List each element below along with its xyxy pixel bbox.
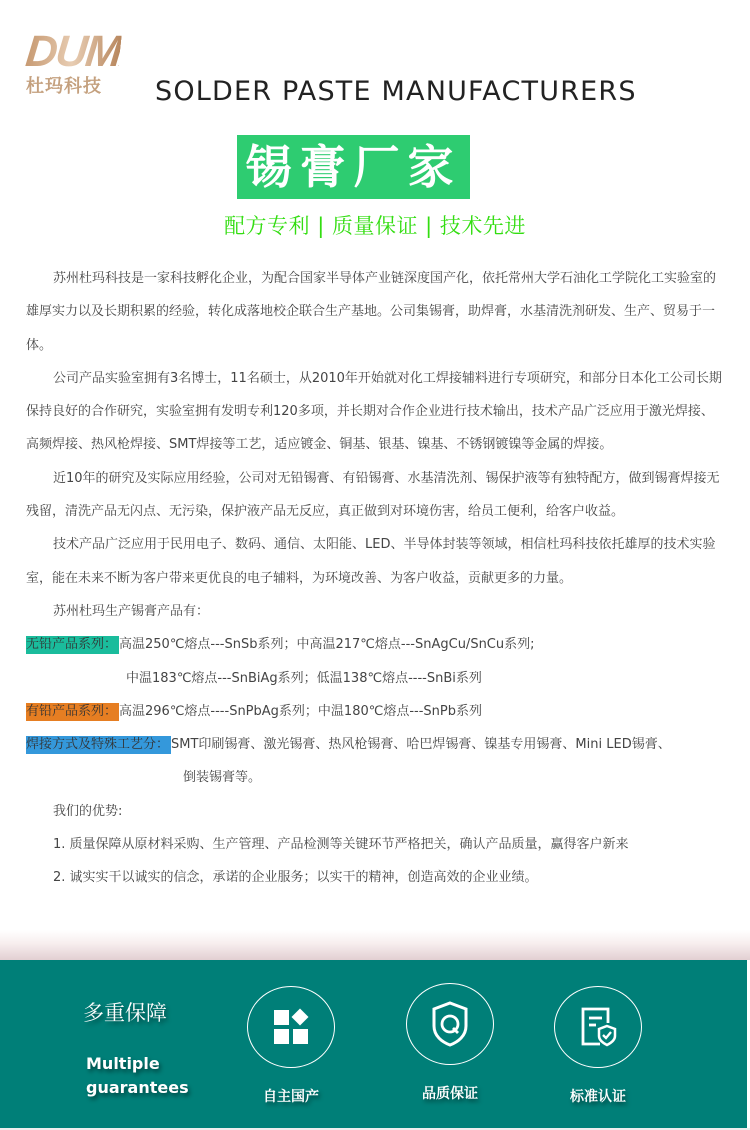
lead-free-series: 无铅产品系列：高温250℃熔点---SnSb系列；中高温217℃熔点---SnA… bbox=[26, 628, 726, 661]
logo-wordmark: DUMA bbox=[24, 30, 123, 74]
lead-free-line-2: 中温183℃熔点---SnBiAg系列；低温138℃熔点----SnBi系列 bbox=[26, 662, 726, 695]
intro-paragraph: 技术产品广泛应用于民用电子、数码、通信、太阳能、LED、半导体封装等领域，相信杜… bbox=[26, 528, 726, 595]
feature-circle bbox=[406, 983, 494, 1065]
process-line-2: 倒装锡膏等。 bbox=[26, 761, 726, 794]
certificate-icon bbox=[578, 1005, 618, 1049]
guarantees-subtitle-line: guarantees bbox=[86, 1076, 189, 1100]
lead-free-label: 无铅产品系列： bbox=[26, 636, 119, 654]
advantages-heading: 我们的优势: bbox=[26, 795, 726, 828]
feature-quality-assurance: 品质保证 bbox=[395, 983, 505, 1103]
feature-circle bbox=[247, 986, 335, 1068]
company-introduction: 苏州杜玛科技是一家科技孵化企业，为配合国家半导体产业链深度国产化，依托常州大学石… bbox=[26, 262, 726, 895]
feature-independent-domestic: 自主国产 bbox=[236, 986, 346, 1106]
process-label: 焊接方式及特殊工艺分： bbox=[26, 736, 171, 754]
guarantees-title: 多重保障 bbox=[83, 997, 167, 1027]
tagline: 配方专利 | 质量保证 | 技术先进 bbox=[0, 210, 750, 240]
products-heading: 苏州杜玛生产锡膏产品有： bbox=[26, 595, 726, 628]
lead-free-line-1: 高温250℃熔点---SnSb系列；中高温217℃熔点---SnAgCu/SnC… bbox=[119, 637, 535, 652]
shield-q-icon bbox=[428, 1000, 472, 1048]
logo-chinese-name: 杜玛科技 bbox=[26, 76, 120, 98]
section-divider-fade bbox=[0, 930, 750, 960]
blocks-icon bbox=[271, 1007, 311, 1047]
guarantees-subtitle-line: Multiple bbox=[86, 1052, 189, 1076]
page-title-banner: 锡膏厂家 bbox=[237, 135, 470, 199]
advantage-item: 2. 诚实实干以诚实的信念，承诺的企业服务；以实干的精神，创造高效的企业业绩。 bbox=[26, 861, 726, 894]
leaded-line-1: 高温296℃熔点----SnPbAg系列；中温180℃熔点---SnPb系列 bbox=[119, 704, 482, 719]
page-title-english: SOLDER PASTE MANUFACTURERS bbox=[155, 76, 637, 107]
feature-label: 品质保证 bbox=[395, 1083, 505, 1103]
process-series: 焊接方式及特殊工艺分：SMT印刷锡膏、激光锡膏、热风枪锡膏、哈巴焊锡膏、镍基专用… bbox=[26, 728, 726, 761]
company-logo: DUMA 杜玛科技 bbox=[26, 30, 120, 102]
feature-standard-certification: 标准认证 bbox=[543, 986, 653, 1106]
feature-label: 自主国产 bbox=[236, 1086, 346, 1106]
intro-paragraph: 苏州杜玛科技是一家科技孵化企业，为配合国家半导体产业链深度国产化，依托常州大学石… bbox=[26, 262, 726, 362]
leaded-series: 有铅产品系列：高温296℃熔点----SnPbAg系列；中温180℃熔点---S… bbox=[26, 695, 726, 728]
intro-paragraph: 近10年的研究及实际应用经验，公司对无铅锡膏、有铅锡膏、水基清洗剂、锡保护液等有… bbox=[26, 462, 726, 529]
intro-paragraph: 公司产品实验室拥有3名博士，11名硕士，从2010年开始就对化工焊接辅料进行专项… bbox=[26, 362, 726, 462]
advantage-item: 1. 质量保障从原材料采购、生产管理、产品检测等关键环节严格把关，确认产品质量，… bbox=[26, 828, 726, 861]
feature-circle bbox=[554, 986, 642, 1068]
leaded-label: 有铅产品系列： bbox=[26, 703, 119, 721]
process-line-1: SMT印刷锡膏、激光锡膏、热风枪锡膏、哈巴焊锡膏、镍基专用锡膏、Mini LED… bbox=[171, 737, 671, 752]
feature-label: 标准认证 bbox=[543, 1086, 653, 1106]
guarantees-subtitle: Multiple guarantees bbox=[86, 1052, 189, 1100]
